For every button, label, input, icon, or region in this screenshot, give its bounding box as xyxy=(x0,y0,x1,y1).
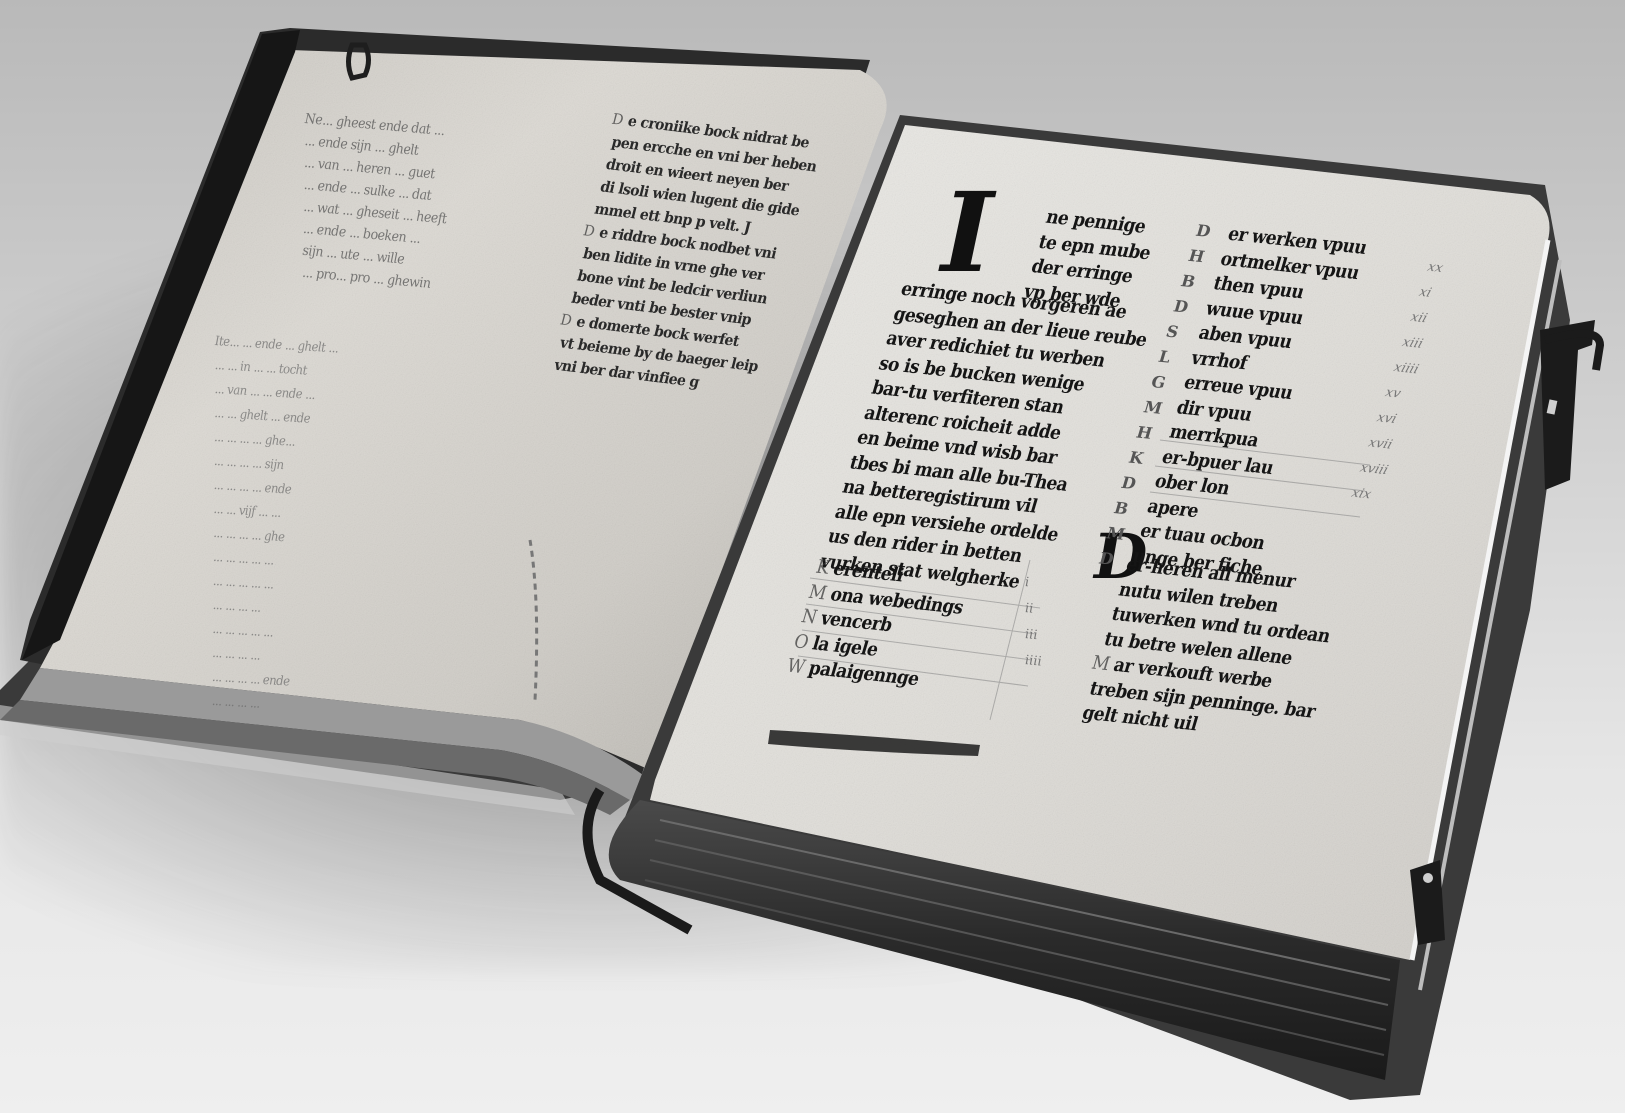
book-illustration xyxy=(0,0,1625,1113)
photograph-scene: Ne... gheest ende dat ... ... ende sijn … xyxy=(0,0,1625,1113)
clasp-upper xyxy=(1540,320,1595,490)
